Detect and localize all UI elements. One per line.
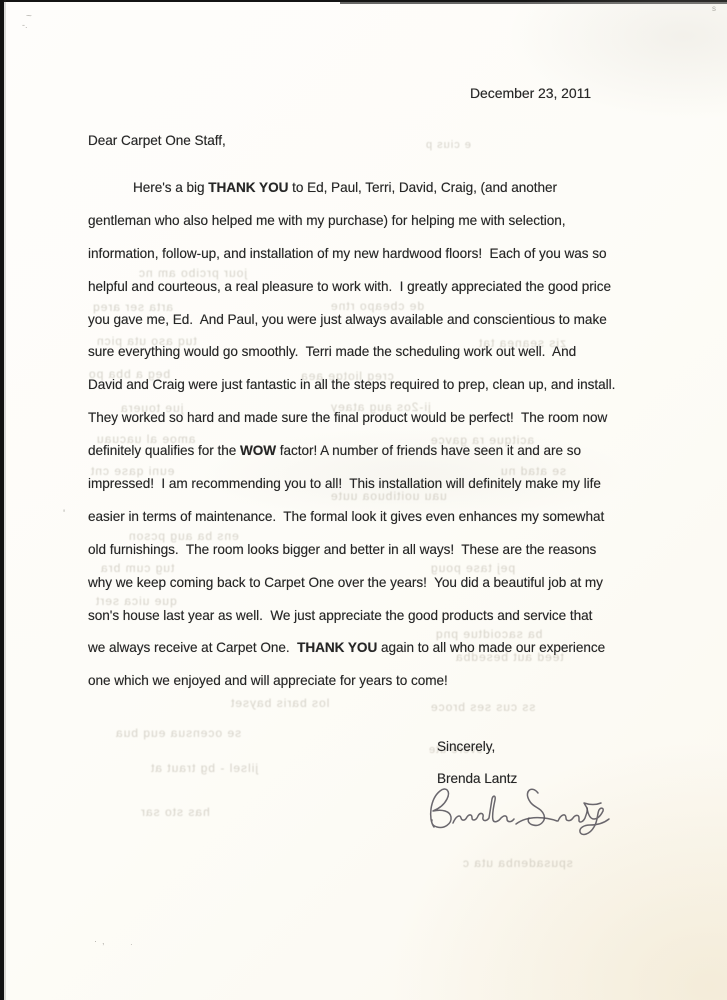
body-line: sure everything would go smoothly. Terri… [88, 343, 688, 376]
body-text: impressed! I am recommending you to all!… [88, 476, 601, 491]
bleedthrough-text: has sto sar [140, 805, 210, 819]
body-text: They worked so hard and made sure the fi… [88, 410, 607, 425]
bleedthrough-text: jilsel - bg traut at [150, 761, 258, 775]
bold-text: THANK YOU [208, 180, 288, 195]
body-text: easier in terms of maintenance. The form… [88, 509, 604, 524]
body-line: we always receive at Carpet One. THANK Y… [88, 639, 688, 672]
body-text: you gave me, Ed. And Paul, you were just… [88, 312, 607, 327]
bold-text: THANK YOU [297, 640, 377, 655]
body-line: They worked so hard and made sure the fi… [88, 409, 688, 442]
scanned-letter-page: e cius pjour prcibo am ncarta ser areqde… [0, 0, 727, 1000]
body-text: sure everything would go smoothly. Terri… [88, 344, 576, 359]
letter-body: Here's a big THANK YOU to Ed, Paul, Terr… [88, 179, 688, 705]
body-line: son's house last year as well. We just a… [88, 607, 688, 640]
body-line: why we keep coming back to Carpet One ov… [88, 574, 688, 607]
bleedthrough-text: se ocensua euq bua [115, 726, 241, 740]
body-text: we always receive at Carpet One. [88, 640, 297, 655]
body-text: Here's a big [133, 180, 208, 195]
letter-closing: Sincerely, [437, 739, 495, 754]
bold-text: WOW [240, 443, 276, 458]
body-text: factor! A number of friends have seen it… [276, 443, 581, 458]
body-line: definitely qualifies for the WOW factor!… [88, 442, 688, 475]
body-text: why we keep coming back to Carpet One ov… [88, 575, 603, 590]
body-text: gentleman who also helped me with my pur… [88, 213, 565, 228]
body-line: helpful and courteous, a real pleasure t… [88, 278, 688, 311]
body-text: to Ed, Paul, Terri, David, Craig, (and a… [288, 180, 557, 195]
body-line: easier in terms of maintenance. The form… [88, 508, 688, 541]
stray-mark: · , [94, 936, 105, 946]
body-line: one which we enjoyed and will appreciate… [88, 672, 688, 705]
body-text: again to all who made our experience [377, 640, 605, 655]
body-line: impressed! I am recommending you to all!… [88, 475, 688, 508]
body-text: son's house last year as well. We just a… [88, 608, 592, 623]
body-line: information, follow-up, and installation… [88, 245, 688, 278]
body-line: Here's a big THANK YOU to Ed, Paul, Terr… [88, 179, 688, 212]
body-line: you gave me, Ed. And Paul, you were just… [88, 311, 688, 344]
body-text: definitely qualifies for the [88, 443, 240, 458]
stray-mark: · [130, 940, 133, 949]
body-text: information, follow-up, and installation… [88, 246, 607, 261]
body-line: gentleman who also helped me with my pur… [88, 212, 688, 245]
letter-date: December 23, 2011 [470, 85, 591, 101]
bleedthrough-text: spusadenba uta c [462, 856, 573, 870]
body-text: old furnishings. The room looks bigger a… [88, 542, 596, 557]
stray-mark: s [712, 4, 716, 13]
body-line: David and Craig were just fantastic in a… [88, 376, 688, 409]
body-text: one which we enjoyed and will appreciate… [88, 673, 448, 688]
handwritten-signature [420, 783, 620, 845]
stray-mark: -. [22, 20, 28, 30]
body-line: old furnishings. The room looks bigger a… [88, 541, 688, 574]
body-text: helpful and courteous, a real pleasure t… [88, 279, 611, 294]
bleedthrough-text: e cius p [425, 139, 471, 151]
letter-salutation: Dear Carpet One Staff, [88, 133, 226, 148]
stray-mark: ' [63, 508, 65, 520]
body-text: David and Craig were just fantastic in a… [88, 377, 615, 392]
